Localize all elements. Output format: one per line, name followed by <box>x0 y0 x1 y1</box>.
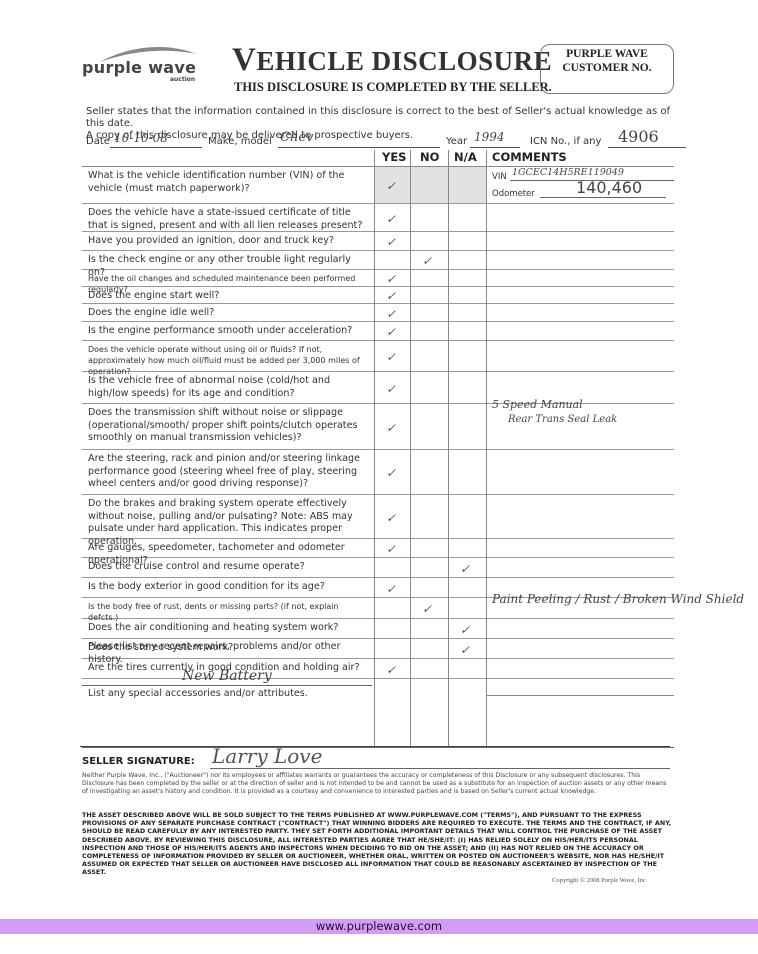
accessories-comment-line <box>486 695 674 696</box>
question-text: Does the cruise control and resume opera… <box>88 561 370 574</box>
check-mark-icon: ✓ <box>386 663 396 677</box>
answer-cell-no[interactable] <box>410 341 446 371</box>
answer-cell-no[interactable] <box>410 304 446 321</box>
answer-cell-no[interactable] <box>410 167 446 203</box>
answer-cell-no[interactable] <box>410 578 446 597</box>
history-label: Please list any recent repairs, problems… <box>88 641 378 666</box>
header-no: NO <box>420 150 439 164</box>
answer-cell-na[interactable] <box>448 322 484 340</box>
table-row: Is the engine performance smooth under a… <box>82 322 674 341</box>
comment-text[interactable]: Paint Peeling / Rust / Broken Wind Shiel… <box>492 592 744 606</box>
check-mark-icon: ✓ <box>386 212 396 226</box>
question-text: Does the air conditioning and heating sy… <box>88 622 370 635</box>
column-divider <box>374 150 375 748</box>
answer-cell-no[interactable] <box>410 287 446 303</box>
history-underline <box>82 685 372 686</box>
year-field[interactable]: 1994 <box>470 133 520 148</box>
vin-label: VIN <box>492 172 507 182</box>
answer-cell-na[interactable] <box>448 251 484 269</box>
answer-cell-yes[interactable]: ✓ <box>374 270 410 286</box>
answer-cell-no[interactable] <box>410 232 446 250</box>
table-row: Have the oil changes and scheduled maint… <box>82 270 674 287</box>
answer-cell-na[interactable]: ✓ <box>448 619 484 638</box>
answer-cell-no[interactable] <box>410 322 446 340</box>
column-divider <box>486 150 487 748</box>
icn-label: ICN No., if any <box>530 136 601 147</box>
question-text: Is the vehicle free of abnormal noise (c… <box>88 375 370 400</box>
answer-cell-na[interactable] <box>448 495 484 538</box>
answer-cell-yes[interactable] <box>374 558 410 577</box>
answer-cell-na[interactable] <box>448 450 484 494</box>
answer-cell-yes[interactable]: ✓ <box>374 450 410 494</box>
answer-cell-yes[interactable]: ✓ <box>374 232 410 250</box>
table-row: Are the steering, rack and pinion and/or… <box>82 450 674 495</box>
footer-url-link[interactable]: www.purplewave.com <box>316 919 442 933</box>
question-text: Is the body exterior in good condition f… <box>88 581 370 594</box>
seller-signature-label: SELLER SIGNATURE: <box>82 756 195 767</box>
odometer-field[interactable]: 140,460 <box>540 184 666 198</box>
question-text: Is the engine performance smooth under a… <box>88 325 370 338</box>
answer-cell-yes[interactable]: ✓ <box>374 539 410 557</box>
table-row: Does the transmission shift without nois… <box>82 404 674 450</box>
check-mark-icon: ✓ <box>386 325 396 339</box>
check-mark-icon: ✓ <box>386 350 396 364</box>
answer-cell-na[interactable] <box>448 270 484 286</box>
answer-cell-na[interactable] <box>448 404 484 449</box>
question-text: Are the steering, rack and pinion and/or… <box>88 453 370 491</box>
table-row: Does the vehicle operate without using o… <box>82 341 674 372</box>
copyright-text: Copyright © 2008 Purple Wave, Inc <box>552 877 646 884</box>
column-divider <box>410 150 411 748</box>
question-text: Have you provided an ignition, door and … <box>88 235 370 248</box>
check-mark-icon: ✓ <box>460 643 470 657</box>
answer-cell-yes[interactable]: ✓ <box>374 167 410 203</box>
answer-cell-yes[interactable]: ✓ <box>374 287 410 303</box>
answer-cell-yes[interactable] <box>374 598 410 618</box>
check-mark-icon: ✓ <box>422 254 432 268</box>
customer-box-line1: PURPLE WAVE <box>541 47 673 61</box>
check-mark-icon: ✓ <box>386 272 396 286</box>
check-mark-icon: ✓ <box>386 289 396 303</box>
answer-cell-na[interactable] <box>448 659 484 678</box>
answer-cell-no[interactable] <box>410 539 446 557</box>
document-subtitle: THIS DISCLOSURE IS COMPLETED BY THE SELL… <box>234 80 552 95</box>
customer-number-box: PURPLE WAVE CUSTOMER NO. <box>540 44 674 94</box>
make-model-field[interactable]: Chev <box>278 133 440 148</box>
table-row: Does the air conditioning and heating sy… <box>82 619 674 639</box>
answer-cell-yes[interactable]: ✓ <box>374 659 410 678</box>
signature-divider <box>80 746 670 747</box>
answer-cell-no[interactable] <box>410 372 446 403</box>
check-mark-icon: ✓ <box>386 466 396 480</box>
table-row: Is the check engine or any other trouble… <box>82 251 674 270</box>
purple-wave-logo: purple wave auction <box>80 44 200 84</box>
answer-cell-no[interactable] <box>410 495 446 538</box>
disclaimer-text: Neither Purple Wave, Inc., ("Auctioneer"… <box>82 772 672 795</box>
answer-cell-na[interactable] <box>448 287 484 303</box>
icn-field[interactable]: 4906 <box>608 133 686 148</box>
answer-cell-no[interactable]: ✓ <box>410 598 446 618</box>
answer-cell-na[interactable] <box>448 539 484 557</box>
answer-cell-yes[interactable] <box>374 619 410 638</box>
answer-cell-yes[interactable]: ✓ <box>374 372 410 403</box>
table-row: Does the vehicle have a state-issued cer… <box>82 204 674 232</box>
check-mark-icon: ✓ <box>386 542 396 556</box>
answer-cell-no[interactable] <box>410 659 446 678</box>
answer-cell-na[interactable] <box>448 578 484 597</box>
table-row: Are gauges, speedometer, tachometer and … <box>82 539 674 558</box>
header-na: N/A <box>454 150 477 164</box>
table-row: Is the body free of rust, dents or missi… <box>82 598 674 619</box>
check-mark-icon: ✓ <box>386 582 396 596</box>
answer-cell-yes[interactable] <box>374 251 410 269</box>
answer-cell-na[interactable]: ✓ <box>448 558 484 577</box>
odometer-label: Odometer <box>492 189 535 199</box>
answer-cell-no[interactable] <box>410 450 446 494</box>
logo-subtext: auction <box>170 76 195 83</box>
answer-cell-yes[interactable]: ✓ <box>374 495 410 538</box>
answer-cell-na[interactable] <box>448 232 484 250</box>
answer-cell-na[interactable] <box>448 167 484 203</box>
check-mark-icon: ✓ <box>386 179 396 193</box>
question-text: Does the engine idle well? <box>88 307 370 320</box>
check-mark-icon: ✓ <box>386 421 396 435</box>
answer-cell-no[interactable] <box>410 558 446 577</box>
make-model-label: Make, model <box>208 136 272 147</box>
table-row: Does the cruise control and resume opera… <box>82 558 674 578</box>
table-row: Does the engine start well?✓ <box>82 287 674 304</box>
answer-cell-yes[interactable]: ✓ <box>374 304 410 321</box>
answer-cell-no[interactable] <box>410 204 446 231</box>
date-field[interactable]: 10-10-08 <box>110 133 202 148</box>
header-yes: YES <box>382 150 406 164</box>
check-mark-icon: ✓ <box>422 602 432 616</box>
answer-cell-no[interactable] <box>410 639 446 658</box>
header-comments: COMMENTS <box>492 150 567 164</box>
vehicle-info-row: Date 10-10-08 Make, model Chev Year 1994… <box>86 133 686 149</box>
answer-cell-na[interactable] <box>448 204 484 231</box>
comment-text[interactable]: 5 Speed Manual <box>492 398 583 411</box>
answer-cell-yes[interactable]: ✓ <box>374 204 410 231</box>
year-label: Year <box>446 136 467 147</box>
answer-cell-yes[interactable]: ✓ <box>374 322 410 340</box>
table-row: Do the brakes and braking system operate… <box>82 495 674 539</box>
question-text: What is the vehicle identification numbe… <box>88 170 370 195</box>
check-mark-icon: ✓ <box>386 382 396 396</box>
answer-cell-na[interactable] <box>448 372 484 403</box>
answer-cell-no[interactable] <box>410 270 446 286</box>
table-row: Have you provided an ignition, door and … <box>82 232 674 251</box>
answer-cell-no[interactable] <box>410 404 446 449</box>
answer-cell-na[interactable] <box>448 341 484 371</box>
answer-cell-yes[interactable]: ✓ <box>374 578 410 597</box>
history-value[interactable]: New Battery <box>182 668 272 684</box>
check-mark-icon: ✓ <box>386 307 396 321</box>
table-bottom-border <box>82 747 674 748</box>
document-title: VEHICLE DISCLOSURE <box>232 42 552 79</box>
logo-text: purple wave <box>82 58 196 77</box>
answer-cell-na[interactable] <box>448 304 484 321</box>
terms-text: The asset described above will be sold s… <box>82 811 672 877</box>
table-row: Is the vehicle free of abnormal noise (c… <box>82 372 674 404</box>
accessories-label: List any special accessories and/or attr… <box>88 688 378 701</box>
date-label: Date <box>86 136 110 147</box>
seller-signature-value[interactable]: Larry Love <box>212 744 322 768</box>
check-mark-icon: ✓ <box>460 623 470 637</box>
question-text: Does the engine start well? <box>88 290 370 303</box>
question-text: Does the transmission shift without nois… <box>88 407 370 445</box>
comment-text-2[interactable]: Rear Trans Seal Leak <box>508 414 617 425</box>
check-mark-icon: ✓ <box>460 562 470 576</box>
answer-cell-yes[interactable] <box>374 639 410 658</box>
table-header-row: YES NO N/A COMMENTS <box>82 150 674 167</box>
answer-cell-no[interactable]: ✓ <box>410 251 446 269</box>
customer-box-line2: CUSTOMER NO. <box>541 61 673 75</box>
answer-cell-yes[interactable]: ✓ <box>374 341 410 371</box>
question-text: Does the vehicle have a state-issued cer… <box>88 207 370 232</box>
answer-cell-na[interactable]: ✓ <box>448 639 484 658</box>
check-mark-icon: ✓ <box>386 511 396 525</box>
answer-cell-no[interactable] <box>410 619 446 638</box>
signature-line <box>210 768 670 769</box>
column-divider <box>448 150 449 748</box>
answer-cell-yes[interactable]: ✓ <box>374 404 410 449</box>
disclosure-table: YES NO N/A COMMENTS What is the vehicle … <box>82 150 674 748</box>
check-mark-icon: ✓ <box>386 235 396 249</box>
footer-url-bar: www.purplewave.com <box>0 919 758 934</box>
table-row: Does the engine idle well?✓ <box>82 304 674 322</box>
answer-cell-na[interactable] <box>448 598 484 618</box>
